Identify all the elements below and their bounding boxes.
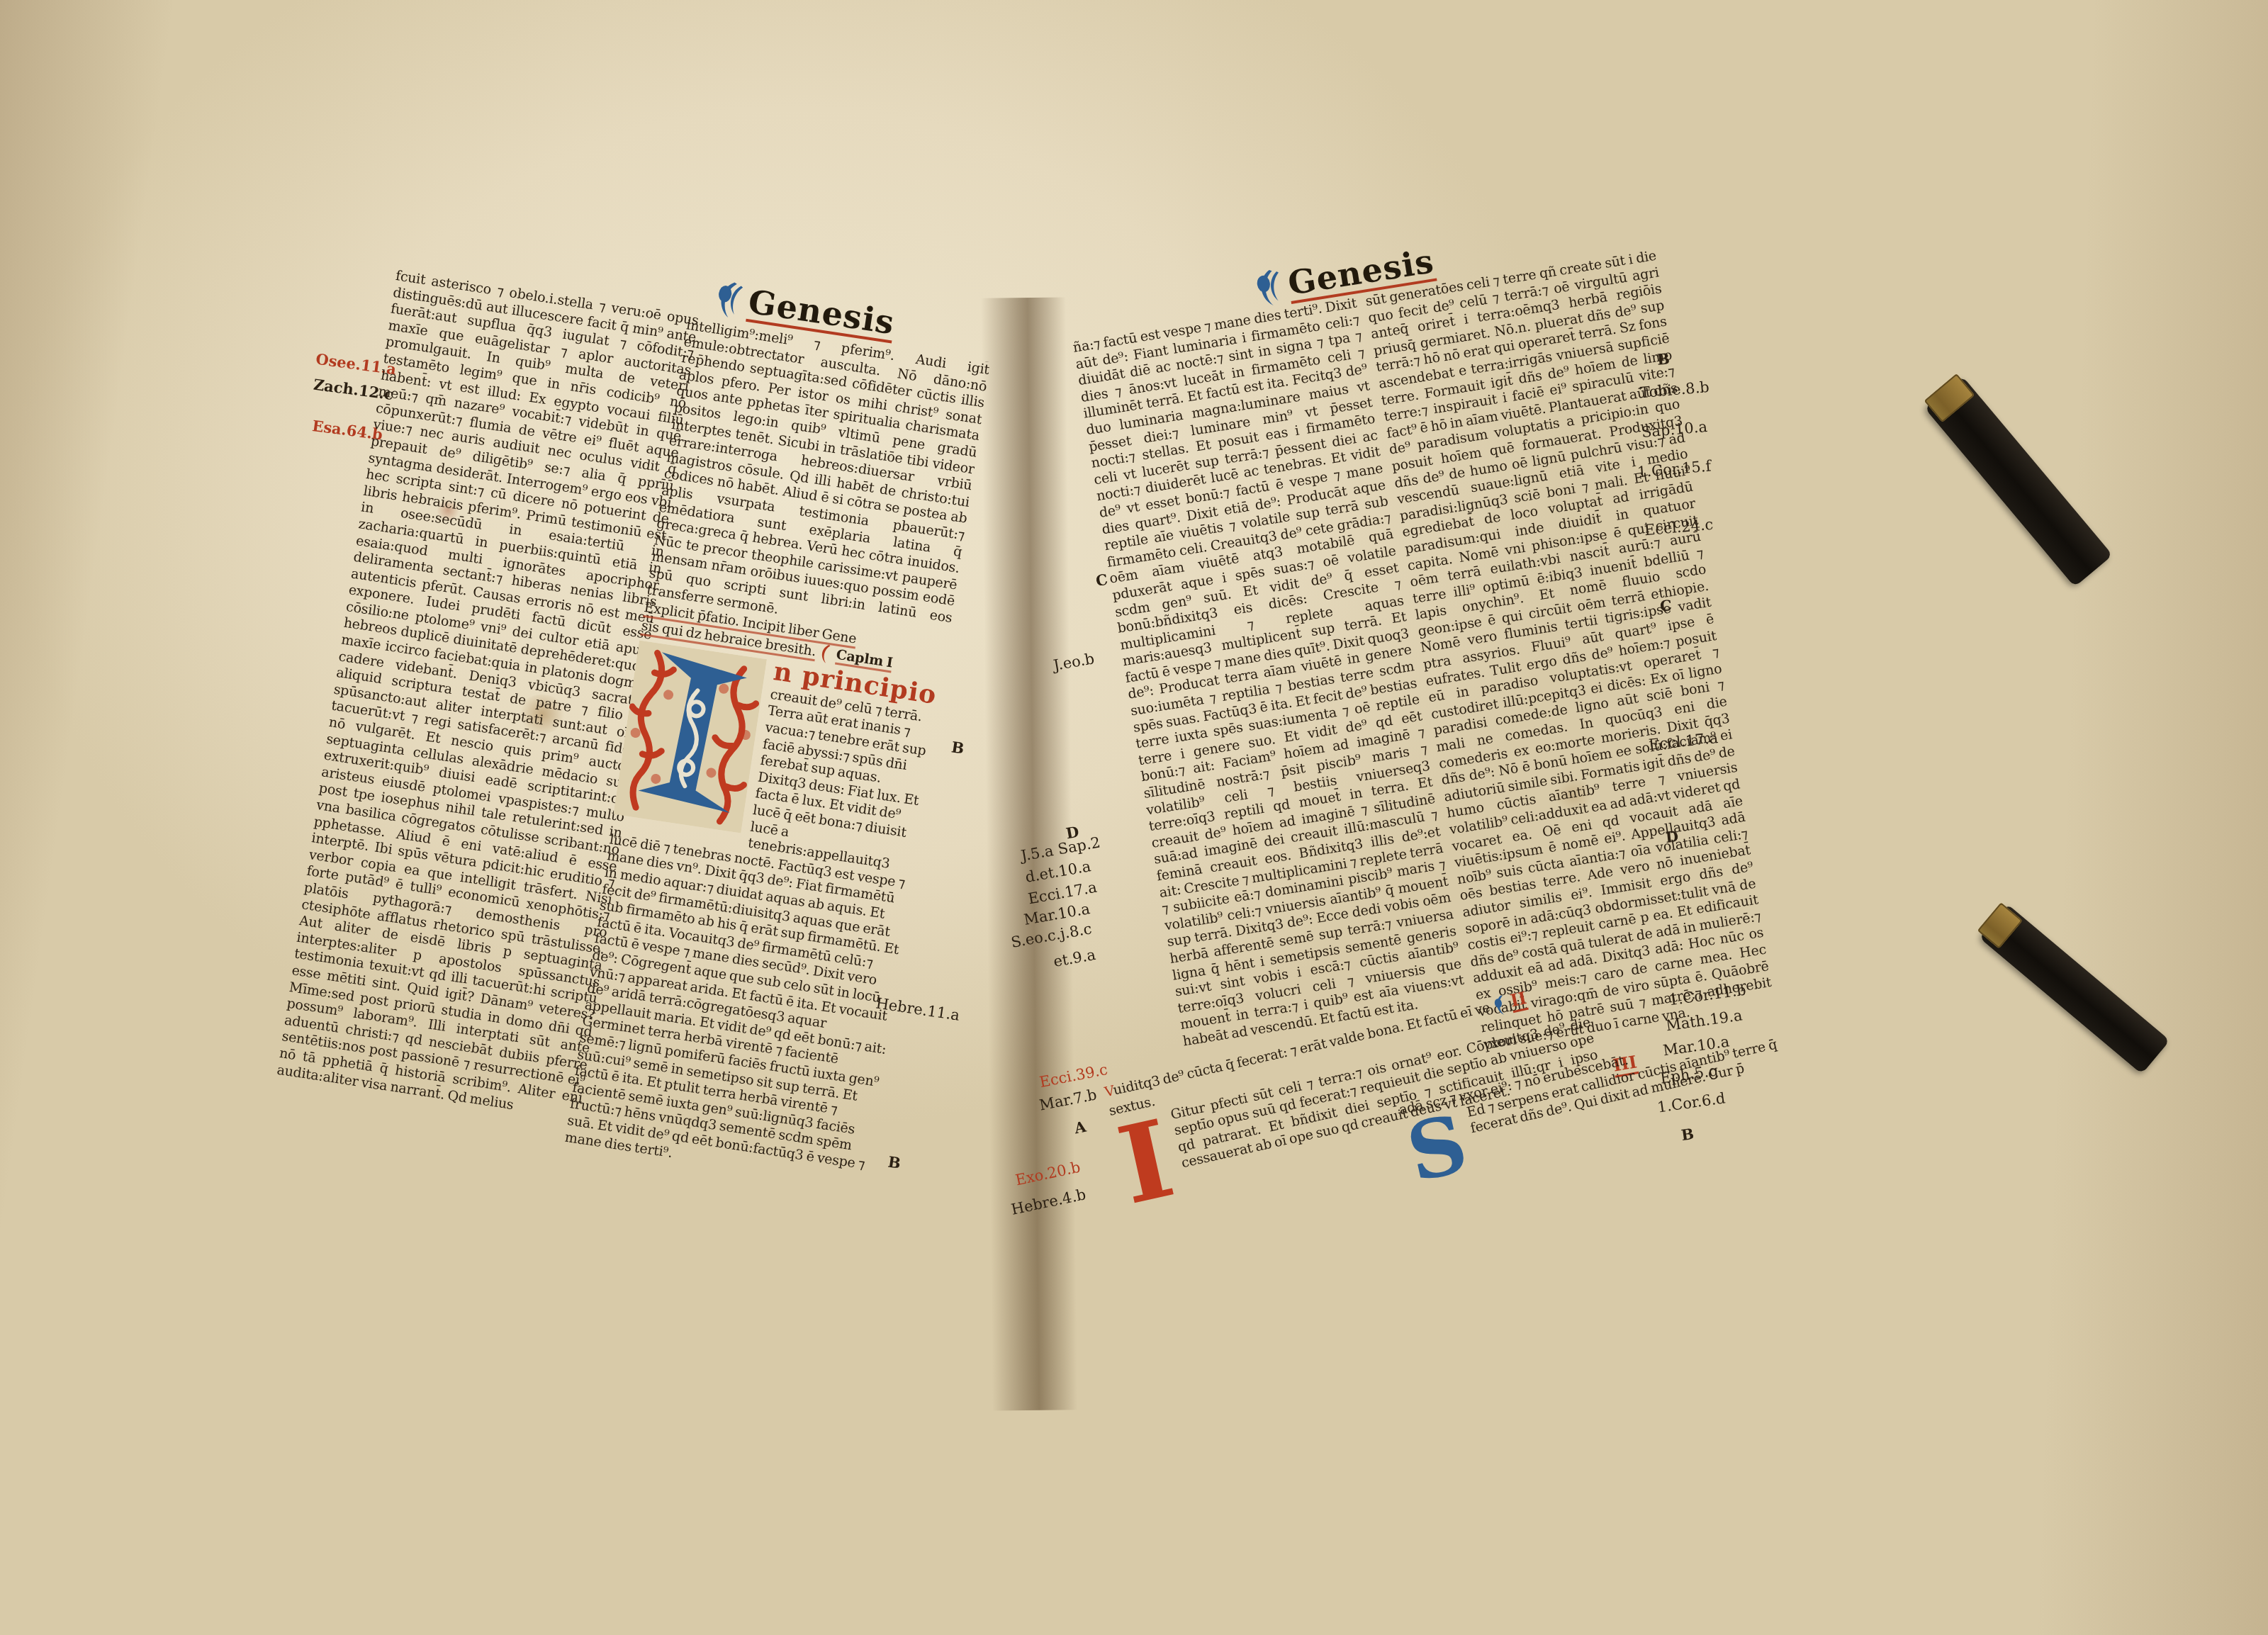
photo-open-incunable-bible: Osee.11.a Zach.12.c Esa.64.b fcuit aster… — [0, 0, 2268, 1635]
margin-note: B — [1656, 349, 1671, 368]
gutter-note: B — [887, 1153, 902, 1172]
blue-pilcrow-icon — [1491, 994, 1510, 1018]
red-pilcrow-icon — [818, 643, 835, 665]
left-page-content: Osee.11.a Zach.12.c Esa.64.b fcuit aster… — [141, 213, 1076, 1421]
illuminated-initial-I: I — [613, 640, 767, 833]
pilcrow-ornament-icon — [712, 279, 745, 320]
illuminated-initial-artwork — [613, 640, 767, 833]
pilcrow-ornament-icon — [1252, 267, 1284, 309]
chapter-2-mark: II — [1508, 987, 1528, 1013]
gutter-note: B — [950, 738, 965, 757]
margin-note: C — [1659, 596, 1673, 614]
margin-note: D — [1665, 827, 1680, 846]
preface-end-text: intelligim⁹:meli⁹ ⁊ pferim⁹. Audi igit̄ … — [646, 317, 991, 644]
